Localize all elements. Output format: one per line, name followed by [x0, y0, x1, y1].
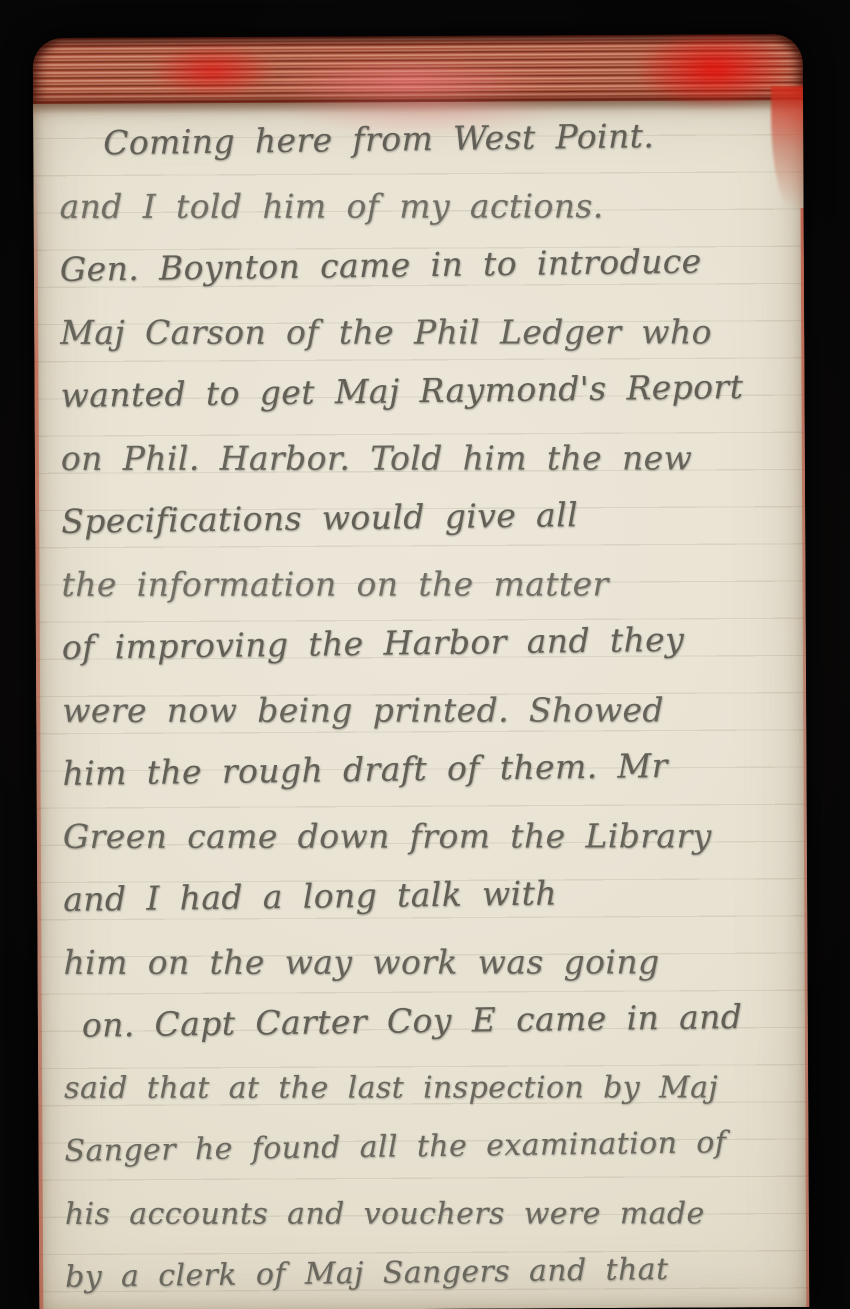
left-red-fore-edge: [33, 162, 43, 1309]
handwritten-line-12: Green came down from the Library: [63, 804, 773, 868]
handwritten-line-18: his accounts and vouchers were made: [65, 1182, 775, 1246]
paper: Coming here from West Point. and I told …: [33, 98, 809, 1309]
handwritten-line-11: him the rough draft of them. Mr: [62, 733, 773, 805]
handwritten-line-13: and I had a long talk with: [63, 859, 774, 931]
handwritten-line-5: wanted to get Maj Raymond's Report: [60, 355, 771, 427]
handwritten-line-16: said that at the last inspection by Maj: [64, 1056, 774, 1120]
handwritten-line-14: him on the way work was going: [63, 930, 773, 994]
photo-background: Coming here from West Point. and I told …: [0, 0, 850, 1309]
handwritten-line-9: of improving the Harbor and they: [61, 607, 772, 679]
handwritten-line-15: on. Capt Carter Coy E came in and: [63, 985, 774, 1057]
handwritten-line-7: Specifications would give all: [61, 481, 772, 553]
handwriting-block: Coming here from West Point. and I told …: [59, 108, 775, 1309]
handwritten-line-6: on Phil. Harbor. Told him the new: [61, 426, 771, 490]
handwritten-line-8: the information on the matter: [62, 552, 772, 616]
handwritten-line-2: and I told him of my actions.: [60, 174, 770, 238]
page-edges-red-stack: [33, 34, 803, 104]
handwritten-line-4: Maj Carson of the Phil Ledger who: [60, 300, 770, 364]
right-red-fore-edge: [801, 208, 810, 1307]
handwritten-line-3: Gen. Boynton came in to introduce: [59, 229, 770, 301]
handwritten-line-19: by a clerk of Maj Sangers and that: [65, 1237, 776, 1309]
handwritten-line-10: were now being printed. Showed: [62, 678, 772, 742]
handwritten-line-17: Sanger he found all the examination of: [64, 1111, 775, 1183]
pink-stain-center: [268, 57, 548, 106]
notebook-page: Coming here from West Point. and I told …: [33, 34, 810, 1309]
handwritten-line-1: Coming here from West Point.: [59, 103, 770, 175]
red-stain-left: [148, 45, 278, 98]
